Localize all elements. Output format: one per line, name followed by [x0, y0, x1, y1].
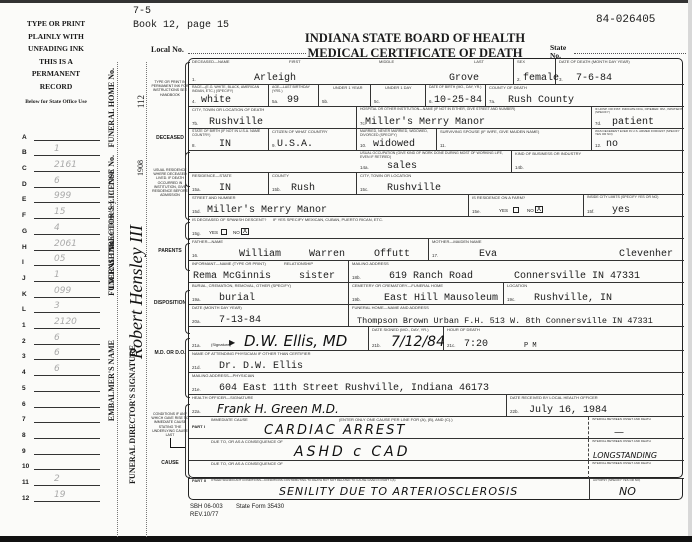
- state-office-code-row[interactable]: 46: [22, 361, 100, 377]
- cause-section-label: CAUSE: [150, 460, 190, 466]
- label: UNDER 1 DAY: [385, 86, 412, 90]
- field-funeral-home[interactable]: FUNERAL HOME—NAME AND ADDRESS Thompson B…: [349, 305, 684, 327]
- instruction-line: THIS IS A: [10, 56, 102, 69]
- label: SEX: [517, 60, 525, 64]
- spanish-no-checkbox-checked[interactable]: X: [241, 228, 249, 235]
- marital-status: widowed: [373, 139, 415, 150]
- deceased-first: Arleigh: [254, 73, 296, 84]
- code-label: E: [22, 196, 34, 203]
- label: DUE TO, OR AS A CONSEQUENCE OF: [211, 440, 283, 444]
- informant-street: 619 Ranch Road: [389, 271, 473, 282]
- disposition-date: 7-13-84: [219, 315, 261, 326]
- label: STREET AND NUMBER: [192, 196, 236, 200]
- fd-signature: Robert Hensley III: [126, 225, 147, 359]
- informant-name: Rema McGinnis: [193, 271, 271, 282]
- state-office-code-row[interactable]: 1219: [22, 486, 100, 502]
- code-label: G: [22, 228, 34, 235]
- attending-physician: Dr. D.W. Ellis: [219, 361, 303, 372]
- state-no-field[interactable]: [574, 53, 686, 54]
- state-office-code-row[interactable]: 9: [22, 439, 100, 455]
- title-line1: INDIANA STATE BOARD OF HEALTH: [300, 31, 530, 46]
- part2-label: PART II: [192, 479, 206, 483]
- other-conditions: SENILITY DUE TO ARTERIOSCLEROSIS: [279, 485, 518, 498]
- state-office-code-row[interactable]: K099: [22, 282, 100, 298]
- code-value: 15: [54, 207, 65, 217]
- form-code: SBH 06-003: [190, 504, 223, 510]
- label: MAILING ADDRESS—PHYSICIAN: [192, 374, 254, 378]
- hour-suffix: P M: [524, 342, 537, 350]
- state-office-code-row[interactable]: 6: [22, 392, 100, 408]
- field-name[interactable]: DECEASED—NAME FIRST MIDDLE LAST 1. Arlei…: [189, 59, 514, 85]
- code-label: 2: [22, 338, 34, 345]
- label: FATHER—NAME: [192, 240, 223, 244]
- label: COUNTY: [272, 174, 289, 178]
- field-residence-county[interactable]: COUNTY 15b. Rush: [269, 173, 357, 195]
- state-office-code-row[interactable]: D6: [22, 172, 100, 188]
- md-do-section-label: M.D. OR D.O.: [150, 350, 190, 356]
- deceased-last: Grove: [449, 73, 479, 84]
- state-office-code-row[interactable]: C2161: [22, 156, 100, 172]
- book-ref-line2: Book 12, page 15: [133, 20, 229, 31]
- fd-signature-label: FUNERAL DIRECTOR'S SIGNATURE: [128, 345, 137, 484]
- code-value: 2161: [54, 160, 77, 170]
- state-office-code-row[interactable]: L3: [22, 298, 100, 314]
- armed-forces: no: [606, 139, 618, 150]
- deceased-sex: female: [523, 73, 559, 84]
- field-mother[interactable]: MOTHER—MAIDEN NAME 17. Eva Clevenher: [429, 239, 684, 261]
- scan-bottom-edge: [0, 536, 692, 542]
- funeral-home: Thompson Brown Urban F.H. 513 W. 8th Con…: [357, 316, 653, 326]
- state-office-code-row[interactable]: 36: [22, 345, 100, 361]
- field-other-conditions[interactable]: PART II OTHER SIGNIFICANT CONDITIONS—Con…: [188, 478, 683, 500]
- father-first: William: [239, 249, 281, 260]
- code-label: B: [22, 149, 34, 156]
- label: DECEASED—NAME: [192, 60, 230, 64]
- state-form: State Form 35430: [236, 504, 284, 510]
- field-disposition-date[interactable]: DATE (MONTH DAY YEAR) 20a. 7-13-84: [189, 305, 349, 327]
- residence-county: Rush: [291, 183, 315, 194]
- field-disposition-location[interactable]: LOCATION 19c. Rushville, IN: [504, 283, 684, 305]
- label: IS DECEASED OF SPANISH DESCENT?: [192, 218, 266, 222]
- farm-yes-checkbox[interactable]: [513, 207, 519, 213]
- field-date-received[interactable]: DATE RECEIVED BY LOCAL HEALTH OFFICER 22…: [507, 395, 684, 417]
- spanish-no-label: NO: [233, 230, 240, 235]
- field-hosp-status[interactable]: IF HOSP. OR INST. Indicate DOA, OP/Emer.…: [592, 107, 684, 129]
- date-of-death: 7-6-84: [576, 73, 612, 84]
- interval-b: LONGSTANDING: [593, 451, 657, 460]
- disposition-section-label: DISPOSITION: [150, 300, 190, 306]
- local-no-label: Local No.: [151, 45, 184, 54]
- field-attending-physician[interactable]: NAME OF ATTENDING PHYSICIAN IF OTHER THA…: [189, 351, 684, 373]
- instruction-line: UNFADING INK: [10, 43, 102, 56]
- state-office-code-row[interactable]: G4: [22, 219, 100, 235]
- code-label: C: [22, 165, 34, 172]
- usual-residence-label: USUAL RESIDENCE WHERE DECEASED LIVED. IF…: [150, 168, 190, 197]
- father-middle: Warren: [309, 249, 345, 260]
- farm-no-checkbox-checked[interactable]: X: [535, 206, 543, 213]
- label: BURIAL, CREMATION, REMOVAL, OTHER (Speci…: [192, 284, 291, 288]
- field-hour-of-death[interactable]: HOUR OF DEATH 21c. 7:20 P M: [444, 327, 684, 351]
- code-value: 6: [54, 333, 60, 343]
- cause-a: CARDIAC ARREST: [264, 423, 406, 438]
- label: Interval between onset and death: [592, 462, 651, 465]
- label: DATE RECEIVED BY LOCAL HEALTH OFFICER: [510, 396, 598, 400]
- residence-state: IN: [219, 183, 231, 194]
- code-value: 1: [54, 144, 60, 154]
- label: IMMEDIATE CAUSE: [211, 418, 248, 422]
- code-label: 9: [22, 448, 34, 455]
- autopsy: NO: [619, 485, 636, 498]
- state-office-code-row[interactable]: J1: [22, 266, 100, 282]
- residence-city: Rushville: [387, 183, 441, 194]
- label: KIND OF BUSINESS OR INDUSTRY: [515, 152, 581, 156]
- label: CITIZEN OF WHAT COUNTRY: [272, 130, 328, 134]
- label: HOUR OF DEATH: [447, 328, 480, 332]
- type-instructions-label: TYPE OR PRINT IN PERMANENT INK FOR INSTR…: [150, 80, 190, 97]
- blank-cell: [189, 151, 357, 173]
- label: CEMETERY OR CREMATORY—FUNERAL HOME: [352, 284, 443, 288]
- label: Interval between onset and death: [592, 418, 651, 421]
- conditions-label: CONDITIONS IF ANY WHICH GAVE RISE TO IMM…: [150, 412, 190, 437]
- code-value: 1: [54, 270, 60, 280]
- mother-last: Clevenher: [619, 249, 673, 260]
- state-office-code-row[interactable]: 8: [22, 423, 100, 439]
- field-date-of-birth[interactable]: DATE OF BIRTH (Mo., Day, Yr.) 6. 10-25-8…: [426, 85, 486, 107]
- fd-license-no: 1908: [136, 160, 145, 176]
- parents-section-label: PARENTS: [150, 248, 190, 254]
- code-label: H: [22, 244, 34, 251]
- local-no-field[interactable]: [188, 53, 306, 54]
- revision: REV.10/77: [190, 512, 218, 518]
- field-interval-c[interactable]: Interval between onset and death: [589, 461, 684, 479]
- embalmers-name: Robert Hensley III: [107, 190, 116, 250]
- age: 99: [287, 95, 299, 106]
- instructions-panel: TYPE OR PRINT PLAINLY WITH UNFADING INK …: [10, 18, 102, 105]
- code-label: D: [22, 181, 34, 188]
- code-label: 5: [22, 385, 34, 392]
- hour-of-death: 7:20: [464, 339, 488, 350]
- date-received: July 16, 1984: [529, 405, 607, 416]
- code-value: 3: [54, 301, 60, 311]
- field-informant-address[interactable]: MAILING ADDRESS 18b. 619 Ranch Road Conn…: [349, 261, 684, 283]
- code-label: 1: [22, 322, 34, 329]
- state-office-code-row[interactable]: A: [22, 125, 100, 141]
- code-label: L: [22, 306, 34, 313]
- deceased-section-label: DECEASED: [150, 135, 190, 141]
- code-label: 8: [22, 432, 34, 439]
- label: NAME OF ATTENDING PHYSICIAN IF OTHER THA…: [192, 352, 310, 356]
- city-of-death: Rushville: [209, 117, 263, 128]
- embalmers-name-label: EMBALMER'S NAME: [107, 340, 116, 421]
- label: STATE OF BIRTH (If not in U.S.A. name co…: [192, 130, 268, 137]
- residence-street: Miller's Merry Manor: [207, 205, 327, 216]
- mother-first: Eva: [479, 249, 497, 260]
- code-value: 999: [54, 191, 71, 201]
- label: INFORMANT—NAME (Type or print): [192, 262, 266, 266]
- field-cause-b[interactable]: DUE TO, OR AS A CONSEQUENCE OF ASHD c CA…: [189, 439, 589, 461]
- field-county-of-death[interactable]: COUNTY OF DEATH 7a. Rush County: [486, 85, 684, 107]
- label: LAST: [474, 60, 484, 64]
- field-race[interactable]: RACE—(e.g. White, Black, American Indian…: [189, 85, 269, 107]
- state-office-code-row[interactable]: 112: [22, 470, 100, 486]
- physician-address: 604 East 11th Street Rushville, Indiana …: [219, 383, 489, 394]
- code-label: 10: [22, 463, 34, 470]
- label: HEALTH OFFICER—SIGNATURE: [192, 396, 253, 400]
- disposition-location: Rushville, IN: [534, 293, 612, 304]
- part1-label: PART I: [192, 424, 205, 429]
- certificate-number: 84-026405: [596, 14, 655, 26]
- field-citizen[interactable]: CITIZEN OF WHAT COUNTRY 9. U.S.A.: [269, 129, 357, 151]
- code-label: A: [22, 134, 34, 141]
- label: AGE—Last Birthday (Yrs.): [272, 86, 318, 93]
- farm-yes-label: YES: [499, 208, 508, 213]
- code-label: J: [22, 275, 34, 282]
- field-city-of-death[interactable]: CITY, TOWN OR LOCATION OF DEATH 7b. Rush…: [189, 107, 357, 129]
- field-cause-a[interactable]: IMMEDIATE CAUSE (ENTER ONLY ONE CAUSE PE…: [189, 417, 589, 439]
- label: INSIDE CITY LIMITS (Specify Yes or No): [587, 196, 658, 200]
- label: DATE (MONTH DAY YEAR): [192, 306, 242, 310]
- field-residence-street[interactable]: STREET AND NUMBER 15d. Miller's Merry Ma…: [189, 195, 469, 217]
- field-state-of-birth[interactable]: STATE OF BIRTH (If not in U.S.A. name co…: [189, 129, 269, 151]
- date-of-birth: 10-25-84: [434, 95, 482, 106]
- label: COUNTY OF DEATH: [489, 86, 527, 90]
- label: MAILING ADDRESS: [352, 262, 389, 266]
- field-residence-state[interactable]: RESIDENCE—STATE 15a. IN: [189, 173, 269, 195]
- label: IF YES SPECIFY MEXICAN, CUBAN, PUERTO RI…: [273, 218, 383, 222]
- state-office-code-row[interactable]: I05: [22, 251, 100, 267]
- certifier-signature: D.W. Ellis, MD: [244, 332, 347, 350]
- field-under-1-day[interactable]: UNDER 1 DAY 5c.: [371, 85, 426, 107]
- dotted-divider: [117, 62, 118, 537]
- death-certificate-form: DECEASED—NAME FIRST MIDDLE LAST 1. Arlei…: [188, 58, 683, 478]
- field-farm[interactable]: IS RESIDENCE ON A FARM? 15e. YES NO X: [469, 195, 584, 217]
- label: HOSPITAL OR OTHER INSTITUTION—Name (If n…: [360, 108, 515, 112]
- state-office-code-row[interactable]: H2061: [22, 235, 100, 251]
- book-ref-line1: 7-5: [133, 6, 151, 17]
- field-health-officer[interactable]: HEALTH OFFICER—SIGNATURE 22a. Frank H. G…: [189, 395, 507, 417]
- code-label: K: [22, 291, 34, 298]
- code-value: 2061: [54, 239, 77, 249]
- field-cemetery[interactable]: CEMETERY OR CREMATORY—FUNERAL HOME 19b. …: [349, 283, 504, 305]
- label: (ENTER ONLY ONE CAUSE PER LINE FOR (a), …: [339, 418, 453, 422]
- code-label: 11: [22, 479, 34, 486]
- interval-a: —: [614, 427, 624, 438]
- label: IS RESIDENCE ON A FARM?: [472, 196, 525, 200]
- label: IF HOSP. OR INST. Indicate DOA, OP/Emer.…: [595, 108, 684, 114]
- health-officer-signature: Frank H. Green M.D.: [217, 402, 339, 416]
- cemetery: East Hill Mausoleum: [384, 293, 498, 304]
- field-disposition-method[interactable]: BURIAL, CREMATION, REMOVAL, OTHER (Speci…: [189, 283, 349, 305]
- citizen: U.S.A.: [277, 139, 313, 150]
- cause-b: ASHD c CAD: [294, 444, 411, 460]
- instruction-line: PLAINLY WITH: [10, 31, 102, 44]
- disposition-method: burial: [219, 293, 255, 304]
- label: DATE OF BIRTH (Mo., Day, Yr.): [429, 86, 481, 90]
- instruction-line: PERMANENT: [10, 68, 102, 81]
- embalmer-license-no: 1908: [107, 170, 116, 186]
- label: CITY, TOWN OR LOCATION: [360, 174, 411, 178]
- state-office-code-row[interactable]: 10: [22, 455, 100, 471]
- state-office-code-row[interactable]: E999: [22, 188, 100, 204]
- label: RACE—(e.g. White, Black, American Indian…: [192, 86, 268, 93]
- label: DATE OF DEATH (MONTH DAY YEAR): [559, 60, 630, 64]
- code-value: 2: [54, 474, 60, 484]
- label: WAS DECEDENT EVER IN U.S. ARMED FORCES? …: [595, 130, 684, 136]
- label: Interval between onset and death: [592, 440, 651, 443]
- field-spouse[interactable]: SURVIVING SPOUSE (If wife, give maiden n…: [437, 129, 592, 151]
- label: DUE TO, OR AS A CONSEQUENCE OF: [211, 462, 283, 466]
- field-occupation[interactable]: USUAL OCCUPATION (Give kind of work done…: [357, 151, 512, 173]
- code-value: 6: [54, 364, 60, 374]
- city-limits: yes: [612, 205, 630, 216]
- state-office-code-row[interactable]: 5: [22, 376, 100, 392]
- label: RELATIONSHIP: [284, 262, 313, 266]
- label: SURVIVING SPOUSE (If wife, give maiden n…: [440, 130, 539, 134]
- spanish-yes-checkbox[interactable]: [221, 229, 227, 235]
- label: OTHER SIGNIFICANT CONDITIONS—Conditions …: [211, 479, 396, 482]
- field-interval-b[interactable]: Interval between onset and death LONGSTA…: [589, 439, 684, 461]
- label: FUNERAL HOME—NAME AND ADDRESS: [352, 306, 429, 310]
- code-label: 12: [22, 495, 34, 502]
- field-interval-a[interactable]: Interval between onset and death —: [589, 417, 684, 439]
- hospital: Miller's Merry Manor: [365, 117, 485, 128]
- code-value: 6: [54, 176, 60, 186]
- code-value: 099: [54, 286, 71, 296]
- field-hospital[interactable]: HOSPITAL OR OTHER INSTITUTION—Name (If n…: [357, 107, 592, 129]
- state-office-code-row[interactable]: 12120: [22, 313, 100, 329]
- code-label: 6: [22, 401, 34, 408]
- code-label: I: [22, 259, 34, 266]
- label: MOTHER—MAIDEN NAME: [432, 240, 482, 244]
- informant-relationship: sister: [299, 271, 335, 282]
- date-signed: 7/12/84: [391, 334, 445, 350]
- field-sex[interactable]: SEX 2. female: [514, 59, 556, 85]
- field-date-signed[interactable]: DATE SIGNED (Mo., Day, Yr.) 21b. 7/12/84: [369, 327, 444, 351]
- state-of-birth: IN: [219, 139, 231, 150]
- father-last: Offutt: [374, 249, 410, 260]
- field-city-limits[interactable]: INSIDE CITY LIMITS (Specify Yes or No) 1…: [584, 195, 684, 217]
- arrow-icon: [170, 438, 186, 448]
- hosp-status: patient: [612, 117, 654, 128]
- occupation: sales: [387, 161, 417, 172]
- state-office-label: Below for State Office Use: [10, 99, 102, 105]
- funeral-home-label: FUNERAL HOME No.: [107, 68, 116, 147]
- code-value: 05: [54, 254, 65, 264]
- field-physician-address[interactable]: MAILING ADDRESS—PHYSICIAN 21e. 604 East …: [189, 373, 684, 395]
- scan-right-edge: [688, 0, 692, 542]
- spanish-yes-label: YES: [209, 230, 218, 235]
- field-armed-forces[interactable]: WAS DECEDENT EVER IN U.S. ARMED FORCES? …: [592, 129, 684, 151]
- label: MARRIED, NEVER MARRIED, WIDOWED, DIVORCE…: [360, 130, 436, 137]
- label: UNDER 1 YEAR: [333, 86, 363, 90]
- label: AUTOPSY (Specify Yes or No): [593, 479, 640, 482]
- instruction-line: TYPE OR PRINT: [10, 18, 102, 31]
- field-residence-city[interactable]: CITY, TOWN OR LOCATION 15c. Rushville: [357, 173, 684, 195]
- code-label: 3: [22, 353, 34, 360]
- field-father[interactable]: FATHER—NAME 16. William Warren Offutt: [189, 239, 429, 261]
- code-line[interactable]: 19: [34, 501, 100, 502]
- field-spanish-descent[interactable]: IS DECEASED OF SPANISH DESCENT? IF YES S…: [189, 217, 684, 239]
- county-of-death: Rush County: [508, 95, 574, 106]
- label: USUAL OCCUPATION (Give kind of work done…: [360, 152, 511, 159]
- race: white: [201, 95, 231, 106]
- divider: [589, 478, 590, 500]
- label: FIRST: [289, 60, 301, 64]
- field-certifier-signature[interactable]: 21a. (Signature) ▶ D.W. Ellis, MD: [189, 327, 369, 351]
- farm-no-label: NO: [527, 208, 534, 213]
- label: CITY, TOWN OR LOCATION OF DEATH: [192, 108, 264, 112]
- code-value: 4: [54, 223, 60, 233]
- field-age[interactable]: AGE—Last Birthday (Yrs.) 5a. 99: [269, 85, 319, 107]
- field-marital[interactable]: MARRIED, NEVER MARRIED, WIDOWED, DIVORCE…: [357, 129, 437, 151]
- instruction-line: RECORD: [10, 81, 102, 94]
- label: (Signature): [211, 342, 231, 347]
- field-date-of-death[interactable]: DATE OF DEATH (MONTH DAY YEAR) 3. 7-6-84: [556, 59, 684, 85]
- field-cause-c[interactable]: DUE TO, OR AS A CONSEQUENCE OF: [189, 461, 589, 479]
- code-label: F: [22, 212, 34, 219]
- field-under-1-year[interactable]: UNDER 1 YEAR 5b.: [319, 85, 371, 107]
- code-value: 2120: [54, 317, 77, 327]
- informant-city-state-zip: Connersville IN 47331: [514, 271, 640, 282]
- code-label: 7: [22, 416, 34, 423]
- state-office-code-row[interactable]: F15: [22, 204, 100, 220]
- signature-arrow-icon: ▶: [229, 338, 235, 347]
- code-label: 4: [22, 369, 34, 376]
- code-value: 19: [54, 490, 65, 500]
- label: MIDDLE: [379, 60, 394, 64]
- label: LOCATION: [507, 284, 527, 288]
- state-office-code-row[interactable]: 26: [22, 329, 100, 345]
- state-office-code-row[interactable]: B1: [22, 141, 100, 157]
- field-business[interactable]: KIND OF BUSINESS OR INDUSTRY 14b.: [512, 151, 684, 173]
- label: RESIDENCE—STATE: [192, 174, 232, 178]
- scan-top-edge: [0, 0, 692, 3]
- code-value: 6: [54, 348, 60, 358]
- label: DATE SIGNED (Mo., Day, Yr.): [372, 328, 429, 332]
- state-office-code-row[interactable]: 7: [22, 408, 100, 424]
- funeral-home-no: 112: [136, 95, 146, 108]
- field-informant[interactable]: INFORMANT—NAME (Type or print) RELATIONS…: [189, 261, 349, 283]
